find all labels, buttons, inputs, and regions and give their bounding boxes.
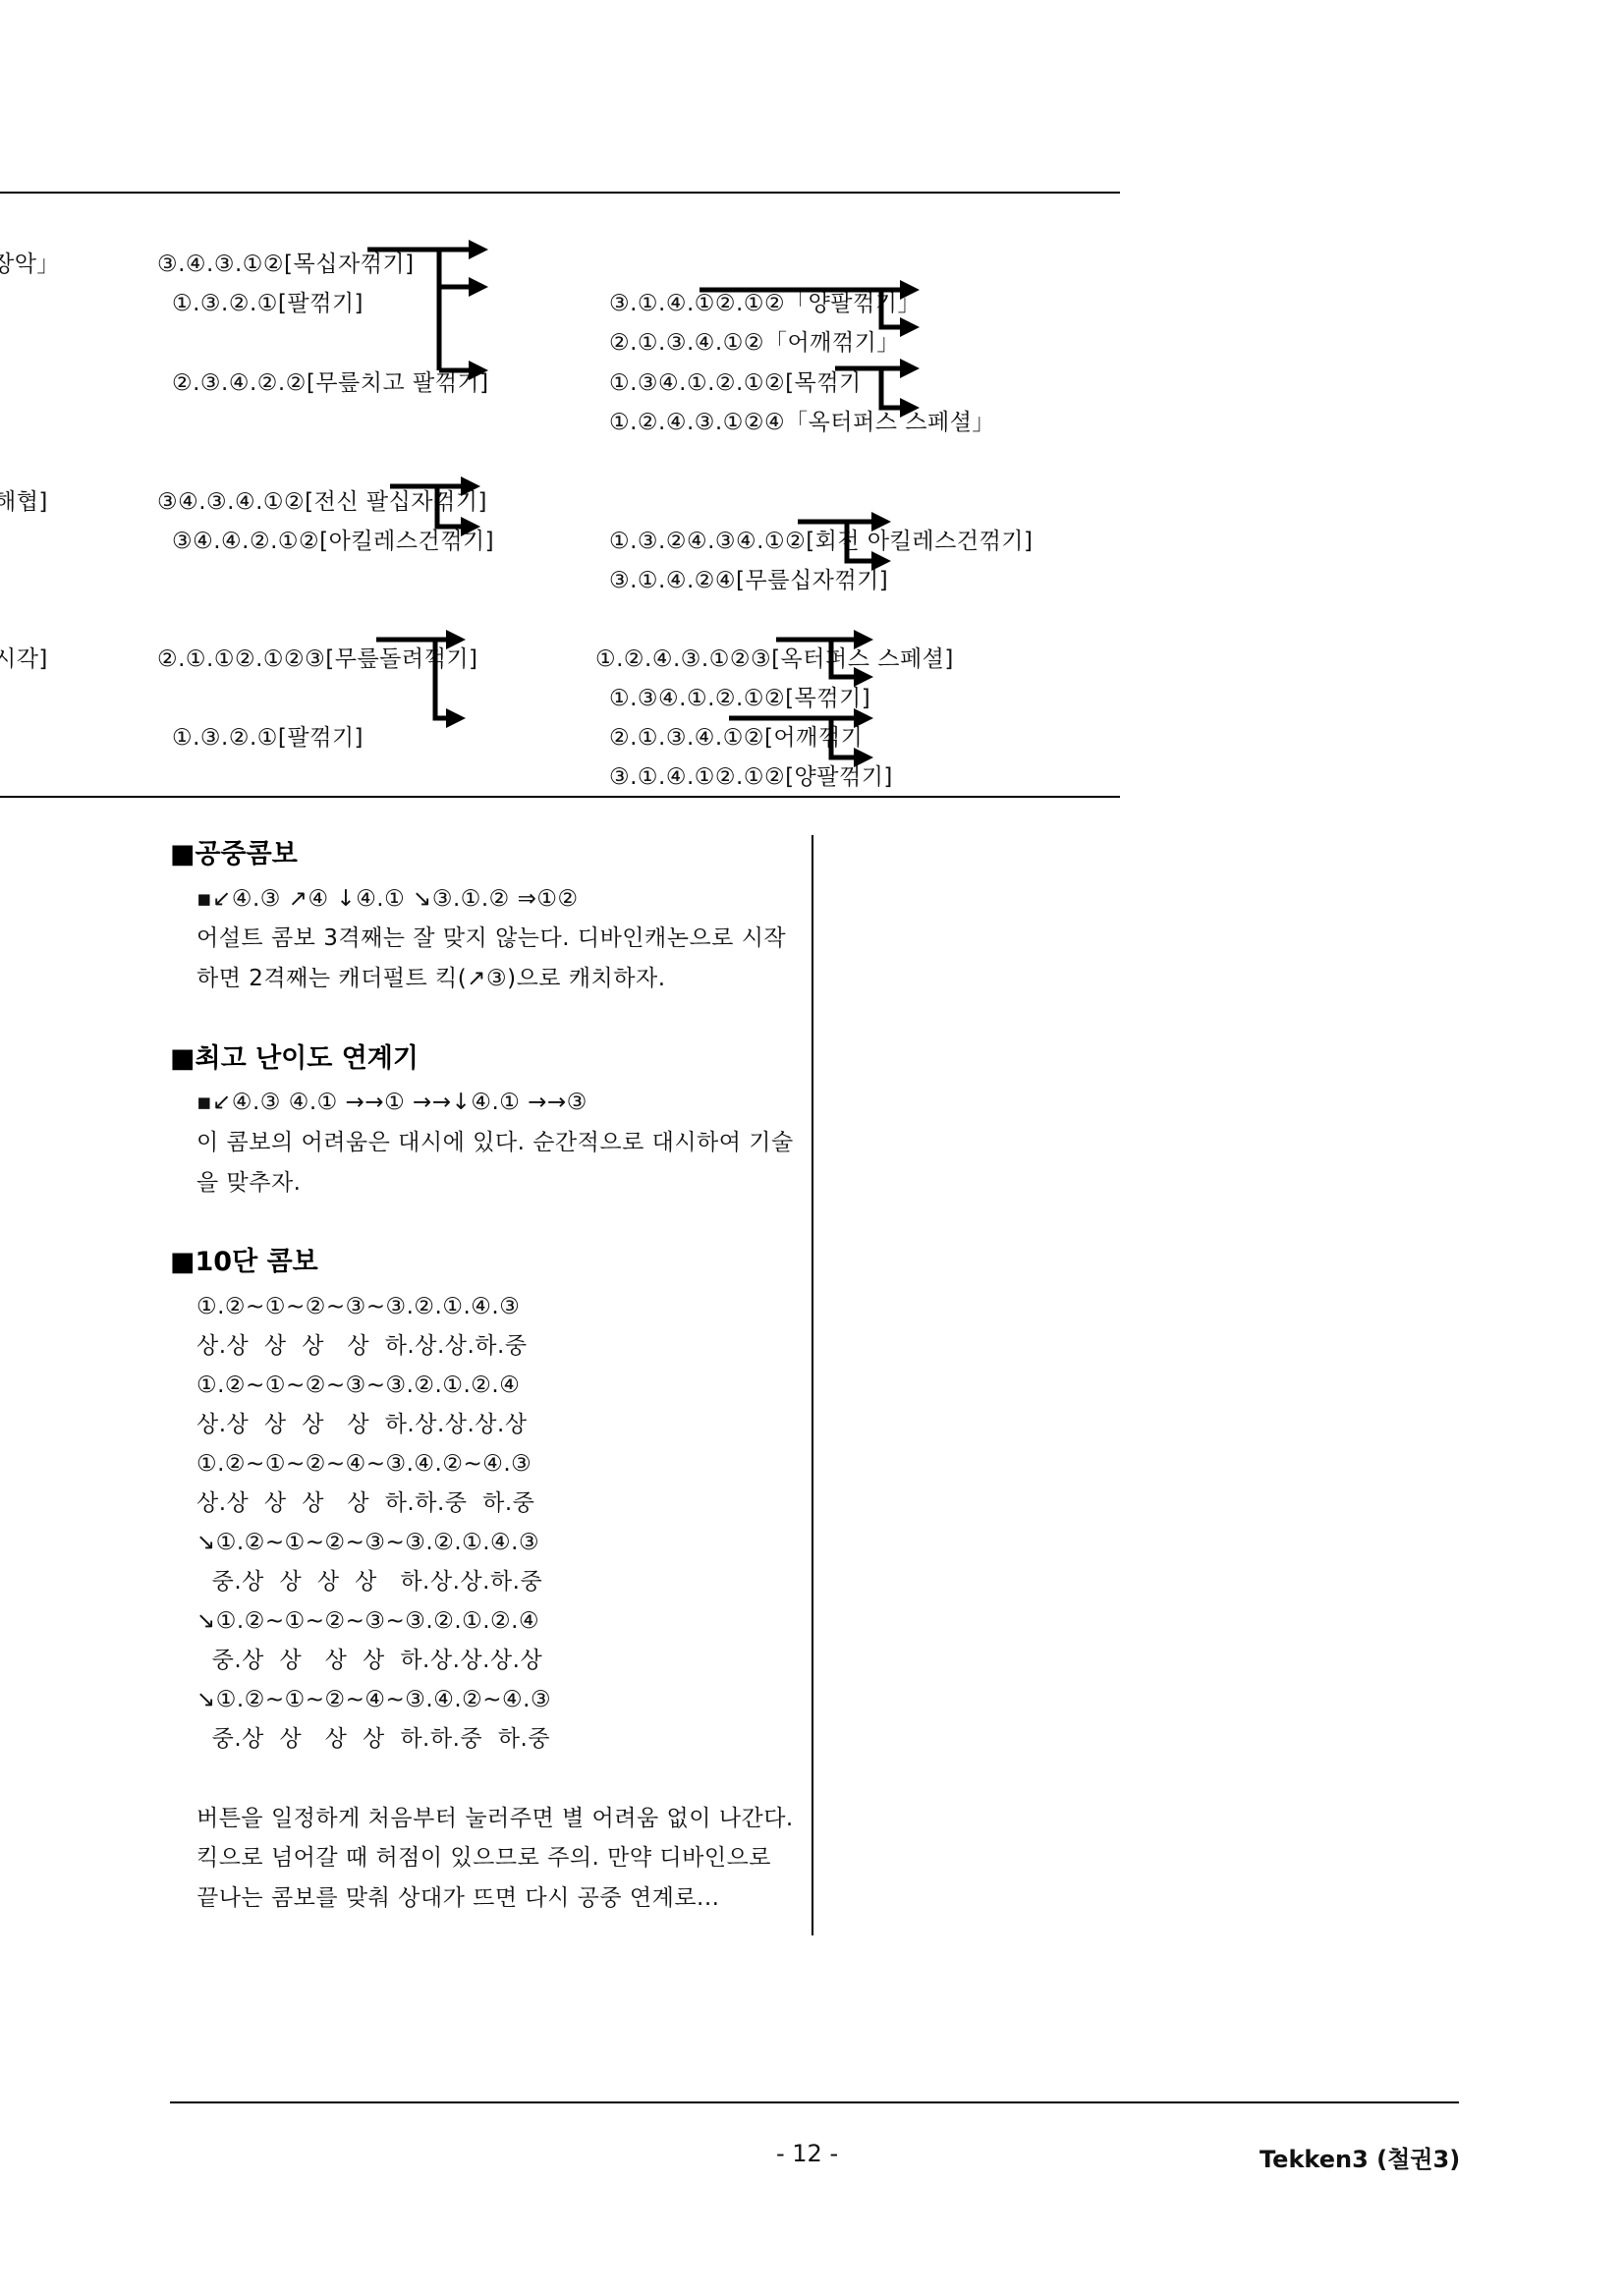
combo-line: ↘①.②~①~②~③~③.②.①.②.④	[196, 1606, 539, 1636]
body-text: 을 맞추자.	[196, 1168, 302, 1198]
document-title: Tekken3 (철권3)	[1260, 2140, 1460, 2174]
combo-line: ①.②~①~②~③~③.②.①.④.③	[196, 1292, 520, 1321]
body-text: 하면 2격째는 캐더펄트 킥(↗③)으로 캐치하자.	[196, 964, 666, 993]
combo-line: ↘①.②~①~②~④~③.④.②~④.③	[196, 1685, 551, 1714]
hit-level-line: 상.상 상 상 상 하.상.상.상.상	[196, 1410, 528, 1439]
body-text: 어설트 콤보 3격째는 잘 맞지 않는다. 디바인캐논으로 시작	[196, 924, 786, 953]
section-heading-air-combo: ■공중콤보	[170, 838, 298, 871]
combo-line: ①.②~①~②~④~③.④.②~④.③	[196, 1449, 532, 1479]
page-number: - 12 -	[776, 2140, 838, 2167]
body-text: 킥으로 넘어갈 때 허점이 있으므로 주의. 만약 디바인으로	[196, 1843, 771, 1873]
hit-level-line: 상.상 상 상 상 하.상.상.하.중	[196, 1331, 528, 1361]
command-line: ▪↙④.③ ↗④ ↓④.① ↘③.①.② ⇒①②	[196, 884, 579, 914]
combo-line: ↘①.②~①~②~③~③.②.①.④.③	[196, 1528, 539, 1557]
body-text: 끝나는 콤보를 맞춰 상대가 뜨면 다시 공중 연계로...	[196, 1883, 719, 1913]
body-text: 이 콤보의 어려움은 대시에 있다. 순간적으로 대시하여 기술	[196, 1128, 794, 1157]
hit-level-line: 상.상 상 상 상 하.하.중 하.중	[196, 1488, 534, 1518]
command-line: ▪↙④.③ ④.① →→① →→↓④.① →→③	[196, 1088, 588, 1117]
hit-level-line: 중.상 상 상 상 하.상.상.상.상	[196, 1646, 542, 1675]
section-heading-10-hit-combo: ■10단 콤보	[170, 1246, 318, 1279]
section-heading-hardest-link: ■최고 난이도 연계기	[170, 1042, 419, 1076]
combo-line: ①.②~①~②~③~③.②.①.②.④	[196, 1371, 520, 1400]
hit-level-line: 중.상 상 상 상 하.하.중 하.중	[196, 1724, 550, 1754]
body-text: 버튼을 일정하게 처음부터 눌러주면 별 어려움 없이 나간다.	[196, 1804, 794, 1833]
hit-level-line: 중.상 상 상 상 하.상.상.하.중	[196, 1567, 542, 1596]
